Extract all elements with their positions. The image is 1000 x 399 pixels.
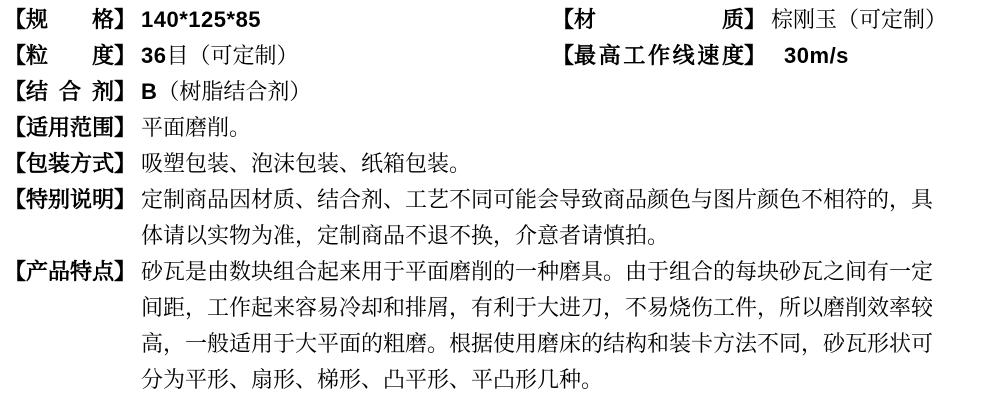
spec-value-special-note: 定制商品因材质、结合剂、工艺不同可能会导致商品颜色与图片颜色不相符的，具体请以实… xyxy=(141,182,941,254)
open-bracket: 【 xyxy=(4,254,26,290)
spec-label-material-text: 材质 xyxy=(574,2,744,38)
spec-row-features: 【产品特点】 砂瓦是由数块组合起来用于平面磨削的一种磨具。由于组合的每块砂瓦之间… xyxy=(4,254,1000,398)
spec-label-bond-text: 结合剂 xyxy=(26,74,114,110)
spec-label-features: 【产品特点】 xyxy=(4,254,136,290)
close-bracket: 】 xyxy=(114,2,136,38)
spec-row-size: 【规格】 140*125*85 xyxy=(4,2,552,38)
close-bracket: 】 xyxy=(114,254,136,290)
spec-row-line-1: 【规格】 140*125*85 【材质】 棕刚玉（可定制） xyxy=(4,2,1000,38)
spec-value-max-speed: 30m/s xyxy=(784,38,849,74)
spec-value-grit: 36目（可定制） xyxy=(141,38,299,74)
spec-value-packaging: 吸塑包装、泡沫包装、纸箱包装。 xyxy=(141,146,471,182)
spec-row-application: 【适用范围】 平面磨削。 xyxy=(4,110,1000,146)
spec-label-bond: 【结合剂】 xyxy=(4,74,136,110)
spec-value-features: 砂瓦是由数块组合起来用于平面磨削的一种磨具。由于组合的每块砂瓦之间有一定间距，工… xyxy=(141,254,941,398)
spec-label-material: 【材质】 xyxy=(552,2,766,38)
product-spec-sheet: 【规格】 140*125*85 【材质】 棕刚玉（可定制） 【粒度】 36目（可… xyxy=(0,0,1000,399)
open-bracket: 【 xyxy=(552,2,574,38)
spec-value-application: 平面磨削。 xyxy=(141,110,251,146)
spec-row-line-2: 【粒度】 36目（可定制） 【最高工作线速度】 30m/s xyxy=(4,38,1000,74)
spec-value-bond-text: （树脂结合剂） xyxy=(157,79,311,104)
open-bracket: 【 xyxy=(4,146,26,182)
spec-label-features-text: 产品特点 xyxy=(26,254,114,290)
spec-label-special-note-text: 特别说明 xyxy=(26,182,114,218)
close-bracket: 】 xyxy=(114,38,136,74)
spec-row-material: 【材质】 棕刚玉（可定制） xyxy=(552,2,1000,38)
open-bracket: 【 xyxy=(4,110,26,146)
spec-row-bond: 【结合剂】 B（树脂结合剂） xyxy=(4,74,1000,110)
open-bracket: 【 xyxy=(4,74,26,110)
spec-label-application: 【适用范围】 xyxy=(4,110,136,146)
spec-value-material: 棕刚玉（可定制） xyxy=(771,2,947,38)
open-bracket: 【 xyxy=(4,182,26,218)
spec-row-special-note: 【特别说明】 定制商品因材质、结合剂、工艺不同可能会导致商品颜色与图片颜色不相符… xyxy=(4,182,1000,254)
spec-label-max-speed: 【最高工作线速度】 xyxy=(552,38,766,74)
close-bracket: 】 xyxy=(744,2,766,38)
close-bracket: 】 xyxy=(114,74,136,110)
spec-label-packaging-text: 包装方式 xyxy=(26,146,114,182)
spec-label-max-speed-text: 最高工作线速度 xyxy=(574,38,744,74)
spec-value-bond: B（树脂结合剂） xyxy=(141,74,311,110)
close-bracket: 】 xyxy=(744,38,766,74)
spec-label-special-note: 【特别说明】 xyxy=(4,182,136,218)
spec-label-application-text: 适用范围 xyxy=(26,110,114,146)
spec-value-size: 140*125*85 xyxy=(141,2,261,38)
spec-row-grit: 【粒度】 36目（可定制） xyxy=(4,38,552,74)
spec-label-size-text: 规格 xyxy=(26,2,114,38)
close-bracket: 】 xyxy=(114,146,136,182)
spec-label-packaging: 【包装方式】 xyxy=(4,146,136,182)
open-bracket: 【 xyxy=(4,2,26,38)
spec-value-grit-number: 36 xyxy=(141,43,166,68)
spec-label-grit-text: 粒度 xyxy=(26,38,114,74)
spec-label-size: 【规格】 xyxy=(4,2,136,38)
close-bracket: 】 xyxy=(114,110,136,146)
open-bracket: 【 xyxy=(552,38,574,74)
close-bracket: 】 xyxy=(114,182,136,218)
spec-row-max-speed: 【最高工作线速度】 30m/s xyxy=(552,38,1000,74)
spec-label-grit: 【粒度】 xyxy=(4,38,136,74)
spec-value-grit-text: 目（可定制） xyxy=(167,43,299,68)
spec-row-packaging: 【包装方式】 吸塑包装、泡沫包装、纸箱包装。 xyxy=(4,146,1000,182)
spec-value-bond-code: B xyxy=(141,79,157,104)
open-bracket: 【 xyxy=(4,38,26,74)
